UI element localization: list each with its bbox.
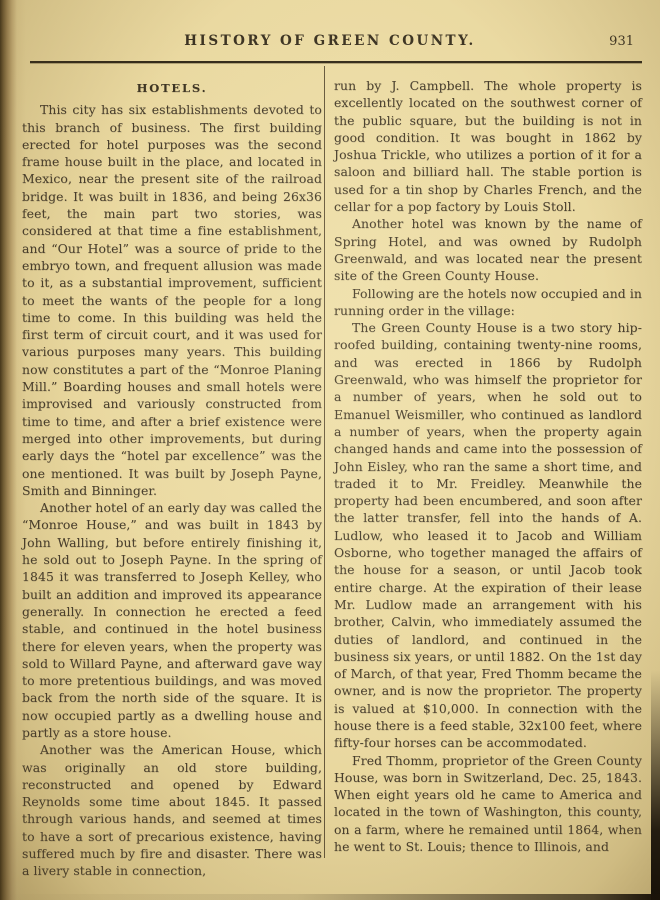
- paragraph: Fred Thomm, proprietor of the Green Coun…: [334, 752, 642, 856]
- scan-edge-right: [651, 670, 660, 900]
- section-heading-hotels: HOTELS.: [22, 80, 322, 97]
- paragraph: Following are the hotels now occupied an…: [334, 285, 642, 320]
- page-number: 931: [609, 34, 634, 49]
- paragraph: The Green County House is a two story hi…: [334, 319, 642, 751]
- header-rule: [30, 61, 642, 63]
- right-column: run by J. Campbell. The whole property i…: [334, 77, 642, 855]
- paragraph: This city has six establishments devoted…: [22, 101, 322, 499]
- paragraph: Another hotel of an early day was called…: [22, 499, 322, 741]
- paragraph: Another hotel was known by the name of S…: [334, 215, 642, 284]
- running-title: HISTORY OF GREEN COUNTY.: [0, 33, 660, 49]
- paragraph: run by J. Campbell. The whole property i…: [334, 77, 642, 215]
- paragraph: Another was the American House, which wa…: [22, 741, 322, 879]
- scan-edge-bottom: [0, 894, 660, 900]
- column-divider: [324, 66, 325, 858]
- left-column: HOTELS. This city has six establishments…: [22, 80, 322, 880]
- book-page: HISTORY OF GREEN COUNTY. 931 HOTELS. Thi…: [0, 0, 660, 900]
